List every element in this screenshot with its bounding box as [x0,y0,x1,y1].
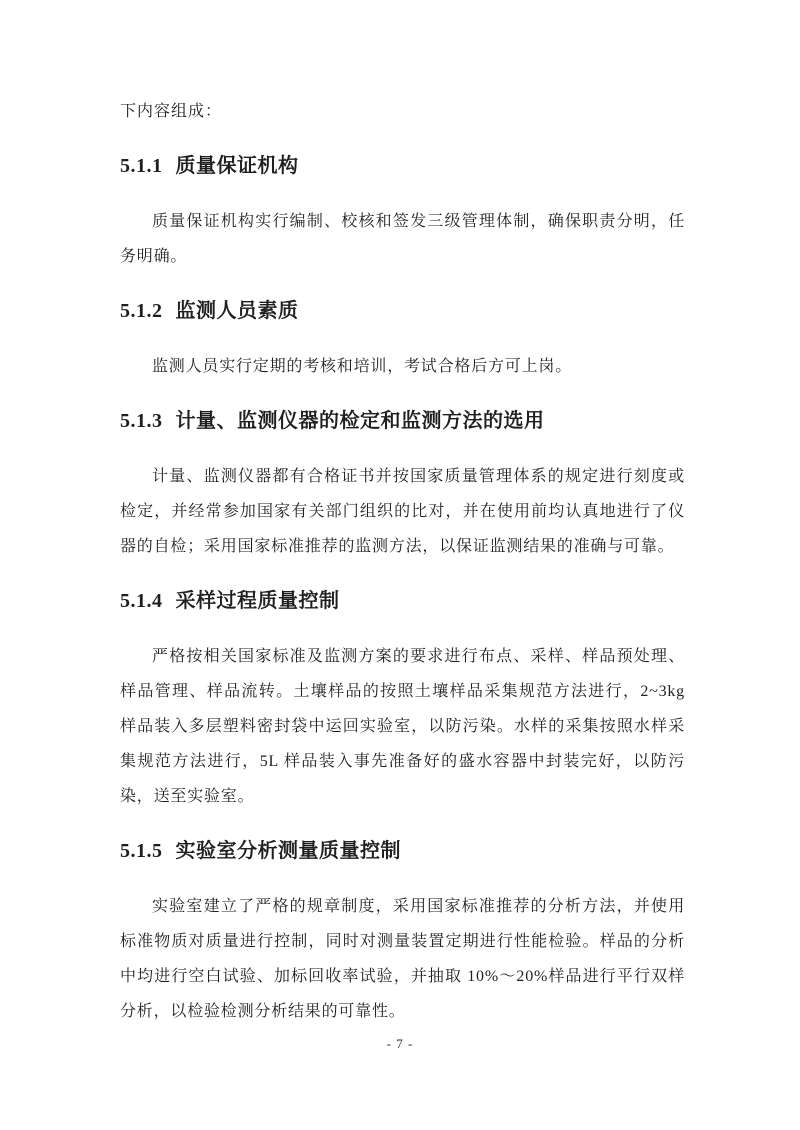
section-title: 采样过程质量控制 [176,590,340,612]
section-body: 计量、监测仪器都有合格证书并按国家质量管理体系的规定进行刻度或检定，并经常参加国… [120,459,685,564]
section-number: 5.1.1 [120,155,163,177]
section-5-1-1: 5.1.1质量保证机构 质量保证机构实行编制、校核和签发三级管理体制，确保职责分… [120,149,685,274]
section-body: 严格按相关国家标准及监测方案的要求进行布点、采样、样品预处理、样品管理、样品流转… [120,639,685,814]
section-5-1-4: 5.1.4采样过程质量控制 严格按相关国家标准及监测方案的要求进行布点、采样、样… [120,584,685,814]
section-body: 监测人员实行定期的考核和培训，考试合格后方可上岗。 [120,349,685,384]
section-number: 5.1.3 [120,410,163,432]
section-heading: 5.1.3计量、监测仪器的检定和监测方法的选用 [120,404,685,438]
section-heading: 5.1.2监测人员素质 [120,294,685,328]
section-title: 监测人员素质 [176,300,299,322]
section-title: 实验室分析测量质量控制 [176,840,402,862]
section-body: 质量保证机构实行编制、校核和签发三级管理体制，确保职责分明，任务明确。 [120,204,685,274]
section-5-1-3: 5.1.3计量、监测仪器的检定和监测方法的选用 计量、监测仪器都有合格证书并按国… [120,404,685,564]
intro-text: 下内容组成： [120,94,685,129]
section-number: 5.1.5 [120,840,163,862]
section-body: 实验室建立了严格的规章制度，采用国家标准推荐的分析方法，并使用标准物质对质量进行… [120,889,685,1029]
section-heading: 5.1.5实验室分析测量质量控制 [120,834,685,868]
section-number: 5.1.4 [120,590,163,612]
page-number: - 7 - [0,1036,800,1052]
section-5-1-5: 5.1.5实验室分析测量质量控制 实验室建立了严格的规章制度，采用国家标准推荐的… [120,834,685,1029]
section-number: 5.1.2 [120,300,163,322]
section-5-1-2: 5.1.2监测人员素质 监测人员实行定期的考核和培训，考试合格后方可上岗。 [120,294,685,384]
section-heading: 5.1.1质量保证机构 [120,149,685,183]
section-title: 计量、监测仪器的检定和监测方法的选用 [176,410,545,432]
section-heading: 5.1.4采样过程质量控制 [120,584,685,618]
document-page: 下内容组成： 5.1.1质量保证机构 质量保证机构实行编制、校核和签发三级管理体… [0,0,800,1130]
section-title: 质量保证机构 [176,155,299,177]
